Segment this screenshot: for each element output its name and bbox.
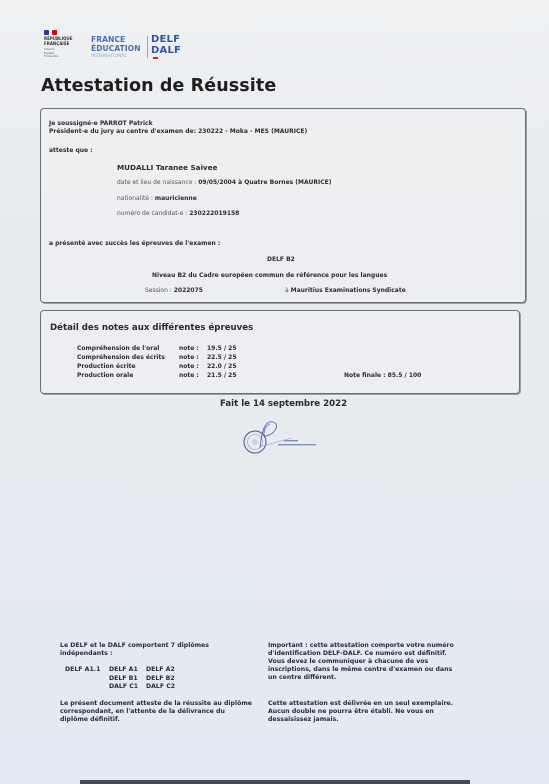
presented-text: a présenté avec succès les épreuves de l… [49,240,220,247]
session: Session : 2022075 [145,287,203,294]
issue-date: Fait le 14 septembre 2022 [220,399,347,409]
score-value: 19.5 / 25 [207,345,237,352]
republique-francaise-logo: RÉPUBLIQUE FRANÇAISE Liberté Égalité Fra… [44,30,84,59]
exam-name: DELF B2 [267,256,295,263]
flag-icon [44,30,84,35]
exam-organisation: à Mauritius Examinations Syndicate [285,287,406,294]
single-copy-notice: Cette attestation est délivrée en un seu… [268,700,453,724]
jury-president: Président-e du jury au centre d'examen d… [49,128,307,135]
atteste-que: atteste que : [49,147,93,154]
score-value: 22.0 / 25 [207,363,237,370]
cefr-level: Niveau B2 du Cadre européen commun de ré… [152,272,387,279]
nationality: nationalité : mauricienne [117,195,197,202]
diplomas-intro: Le DELF et le DALF comportent 7 diplômes… [60,642,209,658]
scores-title: Détail des notes aux différentes épreuve… [50,323,253,333]
signatory: Je soussigné-e PARROT Patrick [49,120,153,127]
page-title: Attestation de Réussite [41,76,276,96]
final-score: Note finale : 85.5 / 100 [344,372,421,379]
birth-info: date et lieu de naissance : 09/05/2004 à… [117,179,331,186]
motto: Liberté Égalité Fraternité [44,48,84,59]
provisional-notice: Le présent document atteste de la réussi… [60,700,252,724]
attestation-page: RÉPUBLIQUE FRANÇAISE Liberté Égalité Fra… [0,0,549,784]
delf-dalf-logo: DELF DALF [151,35,181,59]
attestation-box: Je soussigné-e PARROT Patrick Président-… [40,108,526,303]
score-value: 22.5 / 25 [207,354,237,361]
candidate-name: MUDALLI Taranee Saivee [117,163,217,172]
score-value: 21.5 / 25 [207,372,237,379]
logo-divider [147,36,148,58]
diploma-list: DELF A1.1DELF A1DELF A2 DELF B1DELF B2 D… [65,666,186,692]
paper-bottom-edge [80,780,470,784]
official-seal-signature-icon [240,418,316,458]
candidate-number: numéro de candidat-e : 230222019158 [117,210,239,217]
important-notice: Important : cette attestation comporte v… [268,642,454,682]
france-education-international-logo: FRANCE ÉDUCATION INTERNATIONAL [91,36,141,58]
scores-box: Détail des notes aux différentes épreuve… [40,310,520,394]
francaise-text: FRANÇAISE [44,42,84,47]
